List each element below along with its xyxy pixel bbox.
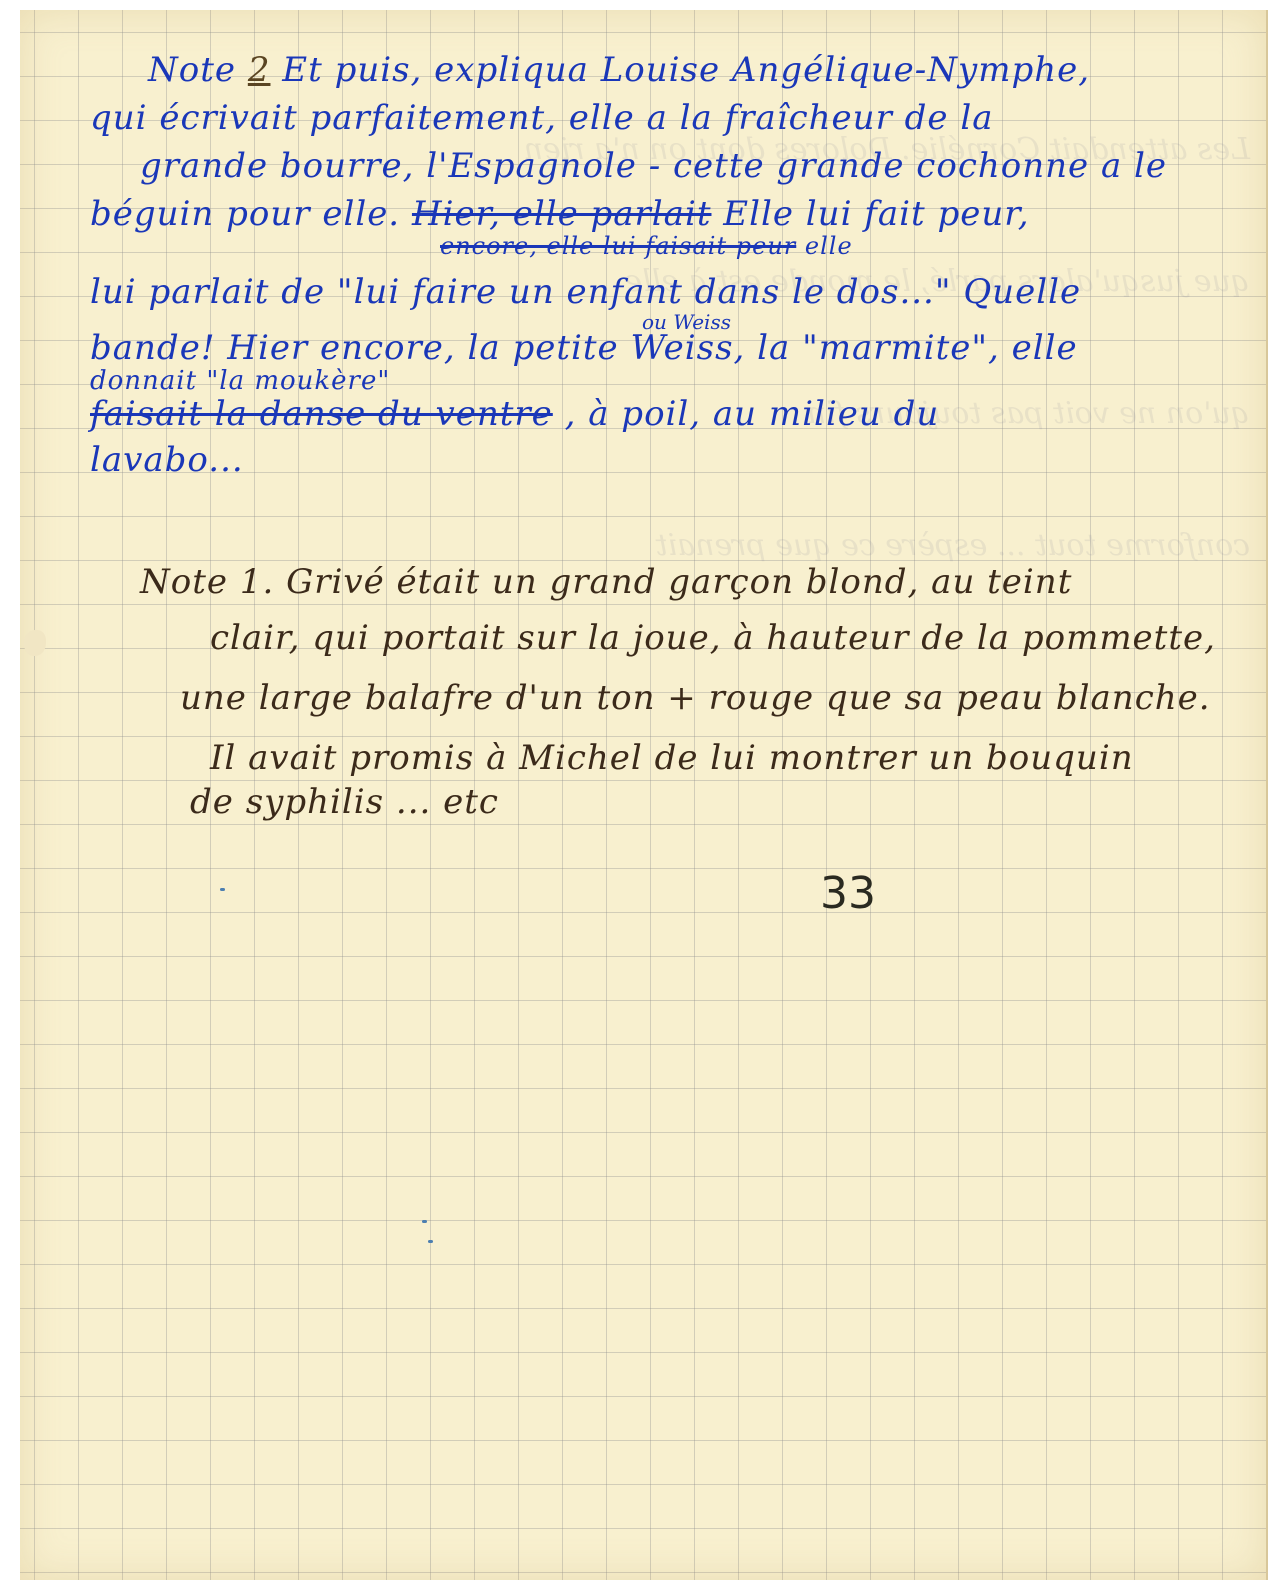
note2-text: Et puis, expliqua Louise Angélique-Nymph… <box>282 50 1090 90</box>
note2-line-6: bande! Hier encore, la petite Weiss, la … <box>90 328 1078 368</box>
note1-label: Note <box>140 562 228 602</box>
note2-line-7: faisait la danse du ventre , à poil, au … <box>90 394 939 434</box>
note2-line-1: Note 2 Et puis, expliqua Louise Angéliqu… <box>148 50 1090 90</box>
note2-text: béguin pour elle. <box>90 194 400 234</box>
note2-struck-line: encore, elle lui faisait peur elle <box>440 232 853 260</box>
page-number: 33 <box>820 868 876 919</box>
note2-line-8: lavabo... <box>90 440 244 480</box>
struck-text: faisait la danse du ventre <box>90 394 553 434</box>
ink-speck <box>220 888 225 891</box>
struck-text: encore, elle lui faisait peur <box>440 232 796 260</box>
note1-line-1: Note 1. Grivé était un grand garçon blon… <box>140 562 1072 602</box>
note1-number: 1. <box>240 562 274 602</box>
struck-text: Hier, elle parlait <box>412 194 712 234</box>
note1-text: Grivé était un grand garçon blond, au te… <box>286 562 1072 602</box>
note2-line-2: qui écrivait parfaitement, elle a la fra… <box>90 98 993 138</box>
ink-speck <box>422 1220 427 1223</box>
note2-insertion: donnait "la moukère" <box>90 366 390 396</box>
note1-line-5: de syphilis ... etc <box>190 782 499 822</box>
ink-speck <box>428 1240 433 1243</box>
note1-line-4: Il avait promis à Michel de lui montrer … <box>210 738 1134 778</box>
note2-line-4: béguin pour elle. Hier, elle parlait Ell… <box>90 194 1030 234</box>
note2-number: 2 <box>248 50 271 90</box>
note2-line-5: lui parlait de "lui faire un enfant dans… <box>90 272 1081 312</box>
note1-line-3: une large balafre d'un ton + rouge que s… <box>180 678 1211 718</box>
note2-text: Elle lui fait peur, <box>723 194 1029 234</box>
note2-line-3: grande bourre, l'Espagnole - cette grand… <box>140 146 1167 186</box>
note2-label: Note <box>148 50 236 90</box>
torn-edge <box>24 630 46 656</box>
note2-text: elle <box>805 232 853 260</box>
note2-text: , à poil, au milieu du <box>565 394 940 434</box>
note1-line-2: clair, qui portait sur la joue, à hauteu… <box>210 618 1216 658</box>
manuscript-page: Les attendait Cornélie. Dolores dont on … <box>20 10 1268 1580</box>
